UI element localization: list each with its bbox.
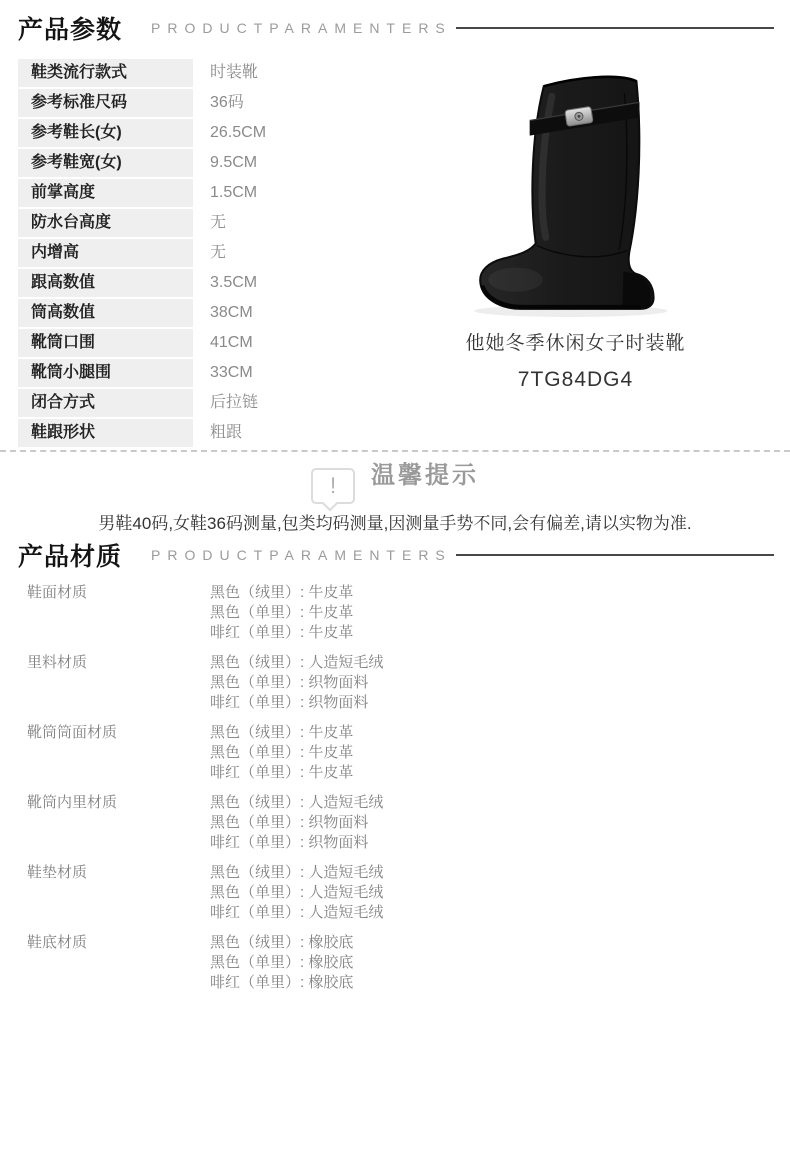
material-value-line: 黑色（单里）: 织物面料 <box>210 813 383 833</box>
material-row: 靴筒筒面材质 黑色（绒里）: 牛皮革 黑色（单里）: 牛皮革 啡红（单里）: 牛… <box>27 723 767 783</box>
material-value-line: 啡红（单里）: 织物面料 <box>210 693 383 713</box>
table-row: 靴筒口围41CM <box>18 329 388 357</box>
black-knee-high-boot-illustration <box>421 58 731 320</box>
material-value-line: 啡红（单里）: 牛皮革 <box>210 623 353 643</box>
material-label: 靴筒筒面材质 <box>27 723 210 783</box>
product-display: 他她冬季休闲女子时装靴 7TG84DG4 <box>398 58 753 392</box>
param-label: 参考标准尺码 <box>18 89 193 117</box>
material-value-line: 黑色（绒里）: 橡胶底 <box>210 933 353 953</box>
material-label: 鞋垫材质 <box>27 863 210 923</box>
param-value: 1.5CM <box>210 179 257 207</box>
table-row: 防水台高度无 <box>18 209 388 237</box>
material-values: 黑色（绒里）: 人造短毛绒 黑色（单里）: 织物面料 啡红（单里）: 织物面料 <box>210 793 383 853</box>
param-label: 靴筒口围 <box>18 329 193 357</box>
material-value-line: 黑色（绒里）: 牛皮革 <box>210 583 353 603</box>
material-value-line: 黑色（绒里）: 牛皮革 <box>210 723 353 743</box>
param-label: 筒高数值 <box>18 299 193 327</box>
table-row: 跟高数值3.5CM <box>18 269 388 297</box>
param-value: 33CM <box>210 359 253 387</box>
boot-product-image <box>421 58 731 320</box>
product-model-code: 7TG84DG4 <box>398 368 753 392</box>
exclamation-bubble-icon: ! <box>311 468 355 504</box>
param-label: 闭合方式 <box>18 389 193 417</box>
material-value-line: 黑色（单里）: 牛皮革 <box>210 743 353 763</box>
materials-list: 鞋面材质 黑色（绒里）: 牛皮革 黑色（单里）: 牛皮革 啡红（单里）: 牛皮革… <box>27 583 767 1003</box>
param-value: 41CM <box>210 329 253 357</box>
table-row: 鞋类流行款式时装靴 <box>18 59 388 87</box>
materials-section-title: 产品材质 <box>18 537 122 573</box>
material-row: 鞋面材质 黑色（绒里）: 牛皮革 黑色（单里）: 牛皮革 啡红（单里）: 牛皮革 <box>27 583 767 643</box>
param-value: 3.5CM <box>210 269 257 297</box>
material-values: 黑色（绒里）: 人造短毛绒 黑色（单里）: 人造短毛绒 啡红（单里）: 人造短毛… <box>210 863 383 923</box>
exclamation-glyph: ! <box>330 473 336 499</box>
material-row: 里料材质 黑色（绒里）: 人造短毛绒 黑色（单里）: 织物面料 啡红（单里）: … <box>27 653 767 713</box>
material-values: 黑色（绒里）: 橡胶底 黑色（单里）: 橡胶底 啡红（单里）: 橡胶底 <box>210 933 353 993</box>
material-row: 靴筒内里材质 黑色（绒里）: 人造短毛绒 黑色（单里）: 织物面料 啡红（单里）… <box>27 793 767 853</box>
parameters-table: 鞋类流行款式时装靴 参考标准尺码36码 参考鞋长(女)26.5CM 参考鞋宽(女… <box>18 59 388 449</box>
param-value: 后拉链 <box>210 389 258 417</box>
material-values: 黑色（绒里）: 牛皮革 黑色（单里）: 牛皮革 啡红（单里）: 牛皮革 <box>210 723 353 783</box>
material-row: 鞋垫材质 黑色（绒里）: 人造短毛绒 黑色（单里）: 人造短毛绒 啡红（单里）:… <box>27 863 767 923</box>
params-section-header: 产品参数 PRODUCTPARAMENTERS <box>0 8 790 48</box>
header-rule-line <box>456 554 774 556</box>
material-value-line: 啡红（单里）: 牛皮革 <box>210 763 353 783</box>
dashed-divider <box>0 450 790 452</box>
material-value-line: 啡红（单里）: 织物面料 <box>210 833 383 853</box>
param-label: 靴筒小腿围 <box>18 359 193 387</box>
material-value-line: 黑色（单里）: 织物面料 <box>210 673 383 693</box>
material-value-line: 黑色（绒里）: 人造短毛绒 <box>210 793 383 813</box>
tips-title: 温馨提示 <box>371 455 479 490</box>
param-label: 内增高 <box>18 239 193 267</box>
material-label: 鞋面材质 <box>27 583 210 643</box>
materials-section-header: 产品材质 PRODUCTPARAMENTERS <box>0 535 790 575</box>
table-row: 鞋跟形状粗跟 <box>18 419 388 447</box>
param-value: 26.5CM <box>210 119 266 147</box>
tips-text: 男鞋40码,女鞋36码测量,包类均码测量,因测量手势不同,会有偏差,请以实物为准… <box>0 509 790 534</box>
param-value: 粗跟 <box>210 419 242 447</box>
material-label: 鞋底材质 <box>27 933 210 993</box>
table-row: 靴筒小腿围33CM <box>18 359 388 387</box>
material-value-line: 黑色（单里）: 橡胶底 <box>210 953 353 973</box>
table-row: 闭合方式后拉链 <box>18 389 388 417</box>
param-label: 鞋跟形状 <box>18 419 193 447</box>
param-label: 参考鞋长(女) <box>18 119 193 147</box>
params-section-title: 产品参数 <box>18 10 122 46</box>
material-value-line: 黑色（单里）: 人造短毛绒 <box>210 883 383 903</box>
material-values: 黑色（绒里）: 牛皮革 黑色（单里）: 牛皮革 啡红（单里）: 牛皮革 <box>210 583 353 643</box>
param-value: 36码 <box>210 89 244 117</box>
table-row: 筒高数值38CM <box>18 299 388 327</box>
param-value: 时装靴 <box>210 59 258 87</box>
params-section-subtitle: PRODUCTPARAMENTERS <box>151 20 452 36</box>
material-value-line: 啡红（单里）: 橡胶底 <box>210 973 353 993</box>
header-rule-line <box>456 27 774 29</box>
table-row: 内增高无 <box>18 239 388 267</box>
material-value-line: 啡红（单里）: 人造短毛绒 <box>210 903 383 923</box>
table-row: 参考鞋宽(女)9.5CM <box>18 149 388 177</box>
material-label: 里料材质 <box>27 653 210 713</box>
param-value: 无 <box>210 239 226 267</box>
product-detail-page: 产品参数 PRODUCTPARAMENTERS 鞋类流行款式时装靴 参考标准尺码… <box>0 0 790 1150</box>
param-label: 前掌高度 <box>18 179 193 207</box>
param-label: 鞋类流行款式 <box>18 59 193 87</box>
param-label: 跟高数值 <box>18 269 193 297</box>
buckle-icon <box>564 106 592 126</box>
product-name: 他她冬季休闲女子时装靴 <box>398 328 753 355</box>
material-value-line: 黑色（绒里）: 人造短毛绒 <box>210 863 383 883</box>
table-row: 参考鞋长(女)26.5CM <box>18 119 388 147</box>
param-value: 9.5CM <box>210 149 257 177</box>
param-value: 38CM <box>210 299 253 327</box>
table-row: 前掌高度1.5CM <box>18 179 388 207</box>
table-row: 参考标准尺码36码 <box>18 89 388 117</box>
material-values: 黑色（绒里）: 人造短毛绒 黑色（单里）: 织物面料 啡红（单里）: 织物面料 <box>210 653 383 713</box>
tips-header: ! 温馨提示 <box>0 455 790 504</box>
param-label: 参考鞋宽(女) <box>18 149 193 177</box>
material-value-line: 黑色（绒里）: 人造短毛绒 <box>210 653 383 673</box>
material-row: 鞋底材质 黑色（绒里）: 橡胶底 黑色（单里）: 橡胶底 啡红（单里）: 橡胶底 <box>27 933 767 993</box>
materials-section-subtitle: PRODUCTPARAMENTERS <box>151 547 452 563</box>
material-value-line: 黑色（单里）: 牛皮革 <box>210 603 353 623</box>
param-label: 防水台高度 <box>18 209 193 237</box>
material-label: 靴筒内里材质 <box>27 793 210 853</box>
param-value: 无 <box>210 209 226 237</box>
